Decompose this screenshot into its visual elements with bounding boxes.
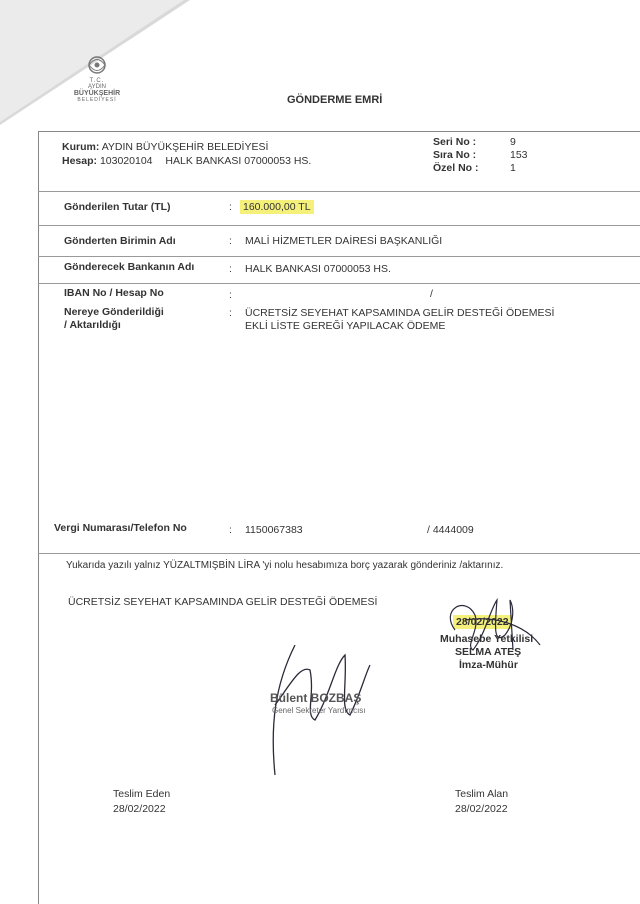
- divider: [38, 283, 640, 284]
- divider: [38, 553, 640, 554]
- colon: :: [229, 307, 232, 319]
- ozel-value: 1: [510, 162, 516, 174]
- banka-label: Gönderecek Bankanın Adı: [64, 261, 194, 273]
- nereye-label-2: / Aktarıldığı: [64, 319, 121, 331]
- banka-value: HALK BANKASI 07000053 HS.: [245, 263, 391, 275]
- secretary-signature: [255, 625, 395, 785]
- hesap-no: 103020104: [100, 155, 153, 167]
- transfer-sentence: Yukarıda yazılı yalnız YÜZALTMIŞBİN LİRA…: [66, 560, 503, 571]
- sira-label: Sıra No :: [433, 149, 476, 161]
- vergi-label: Vergi Numarası/Telefon No: [54, 522, 187, 534]
- logo-buyuksehir: BÜYÜKŞEHİR: [62, 90, 132, 97]
- divider: [38, 256, 640, 257]
- tutar-label: Gönderilen Tutar (TL): [64, 201, 171, 213]
- teslim-eden-label: Teslim Eden: [113, 788, 170, 800]
- telefon-value: / 4444009: [427, 524, 474, 536]
- teslim-eden-date: 28/02/2022: [113, 803, 166, 815]
- teslim-alan-label: Teslim Alan: [455, 788, 508, 800]
- kurum-label: Kurum:: [62, 141, 99, 153]
- colon: :: [229, 201, 232, 213]
- divider: [38, 191, 640, 192]
- nereye-label-1: Nereye Gönderildiği: [64, 306, 164, 318]
- birim-label: Gönderten Birimin Adı: [64, 235, 176, 247]
- iban-value: /: [430, 288, 433, 300]
- hesap-bank: HALK BANKASI 07000053 HS.: [165, 155, 311, 167]
- colon: :: [229, 235, 232, 247]
- colon: :: [229, 263, 232, 275]
- birim-value: MALİ HİZMETLER DAİRESİ BAŞKANLIĞI: [245, 235, 442, 247]
- iban-label: IBAN No / Hesap No: [64, 287, 164, 299]
- hesap-label: Hesap:: [62, 155, 97, 167]
- seri-label: Seri No :: [433, 136, 476, 148]
- nereye-value-1: ÜCRETSİZ SEYEHAT KAPSAMINDA GELİR DESTEĞ…: [245, 307, 554, 319]
- divider: [38, 225, 640, 226]
- emblem-icon: [82, 54, 112, 76]
- secretary-title: Genel Sekreter Yardımcısı: [272, 706, 366, 715]
- colon: :: [229, 524, 232, 536]
- sira-value: 153: [510, 149, 528, 161]
- tutar-amount: 160.000,00 TL: [240, 200, 314, 214]
- tutar-value: 160.000,00 TL: [240, 201, 314, 213]
- teslim-alan-date: 28/02/2022: [455, 803, 508, 815]
- vergi-value: 1150067383: [245, 524, 303, 536]
- nereye-value-2: EKLİ LİSTE GEREĞİ YAPILACAK ÖDEME: [245, 320, 445, 332]
- accountant-signature: [435, 590, 545, 670]
- ozel-label: Özel No :: [433, 162, 479, 174]
- kurum-value: AYDIN BÜYÜKŞEHİR BELEDİYESİ: [102, 141, 269, 153]
- seri-value: 9: [510, 136, 516, 148]
- kurum-row: Kurum: AYDIN BÜYÜKŞEHİR BELEDİYESİ: [62, 141, 268, 153]
- document-title: GÖNDERME EMRİ: [287, 94, 382, 106]
- secretary-name: Bülent BOZBAŞ: [270, 691, 361, 705]
- payment-description: ÜCRETSİZ SEYEHAT KAPSAMINDA GELİR DESTEĞ…: [68, 596, 377, 608]
- hesap-row: Hesap: 103020104 HALK BANKASI 07000053 H…: [62, 155, 311, 167]
- colon: :: [229, 289, 232, 301]
- logo-belediyesi: BELEDİYESİ: [62, 97, 132, 103]
- municipality-logo: T.C. AYDIN BÜYÜKŞEHİR BELEDİYESİ: [62, 54, 132, 103]
